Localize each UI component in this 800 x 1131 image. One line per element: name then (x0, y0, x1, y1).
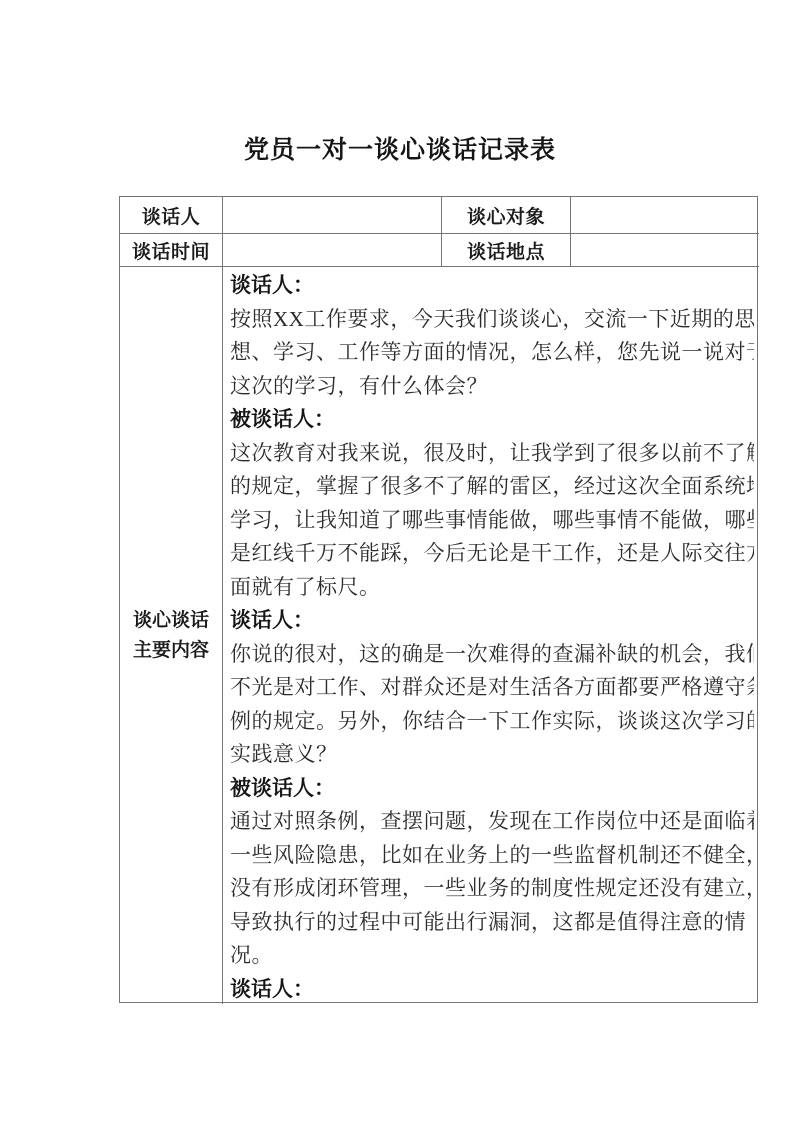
text-line: 的规定，掌握了很多不了解的雷区，经过这次全面系统地 (230, 470, 754, 504)
label-main-content-line2: 主要内容 (133, 636, 209, 666)
text-line: 例的规定。另外，你结合一下工作实际，谈谈这次学习的 (230, 705, 754, 739)
content-cell: 谈话人：按照XX工作要求，今天我们谈谈心，交流一下近期的思想、学习、工作等方面的… (223, 267, 759, 1004)
field-interviewer-value (223, 197, 442, 234)
label-interviewer: 谈话人 (120, 197, 223, 234)
text-line: 不光是对工作、对群众还是对生活各方面都要严格遵守条 (230, 671, 754, 705)
text-line: 导致执行的过程中可能出行漏洞，这都是值得注意的情 (230, 906, 754, 940)
text-line: 况。 (230, 939, 754, 973)
label-main-content: 谈心谈话 主要内容 (120, 267, 223, 1004)
speaker-line: 谈话人： (230, 604, 754, 638)
text-line: 一些风险隐患，比如在业务上的一些监督机制还不健全， (230, 839, 754, 873)
text-line: 你说的很对，这的确是一次难得的查漏补缺的机会，我们 (230, 638, 754, 672)
page-title: 党员一对一谈心谈话记录表 (0, 130, 800, 166)
speaker-line: 谈话人： (230, 973, 754, 1005)
text-line: 是红线千万不能踩，今后无论是干工作，还是人际交往方 (230, 537, 754, 571)
text-line: 这次的学习，有什么体会？ (230, 370, 754, 404)
text-line: 想、学习、工作等方面的情况，怎么样，您先说一说对于 (230, 336, 754, 370)
field-talk-target-value (571, 197, 759, 234)
text-line: 这次教育对我来说，很及时，让我学到了很多以前不了解 (230, 437, 754, 471)
text-line: 通过对照条例，查摆问题，发现在工作岗位中还是面临着 (230, 805, 754, 839)
speaker-line: 谈话人： (230, 269, 754, 303)
document-page: { "page": { "title": "党员一对一谈心谈话记录表", "ba… (0, 0, 800, 1131)
text-line: 没有形成闭环管理，一些业务的制度性规定还没有建立， (230, 872, 754, 906)
field-talk-place-value (571, 234, 759, 267)
speaker-line: 被谈话人： (230, 772, 754, 806)
label-talk-place: 谈话地点 (442, 234, 571, 267)
field-talk-time-value (223, 234, 442, 267)
text-line: 学习，让我知道了哪些事情能做，哪些事情不能做，哪些 (230, 504, 754, 538)
label-main-content-line1: 谈心谈话 (133, 606, 209, 636)
record-table: 谈话人 谈心对象 谈话时间 谈话地点 谈心谈话 主要内容 谈话人：按照XX工作要… (119, 196, 758, 1003)
text-line: 面就有了标尺。 (230, 571, 754, 605)
text-line: 按照XX工作要求，今天我们谈谈心，交流一下近期的思 (230, 303, 754, 337)
speaker-line: 被谈话人： (230, 403, 754, 437)
label-talk-target: 谈心对象 (442, 197, 571, 234)
label-talk-time: 谈话时间 (120, 234, 223, 267)
text-line: 实践意义？ (230, 738, 754, 772)
